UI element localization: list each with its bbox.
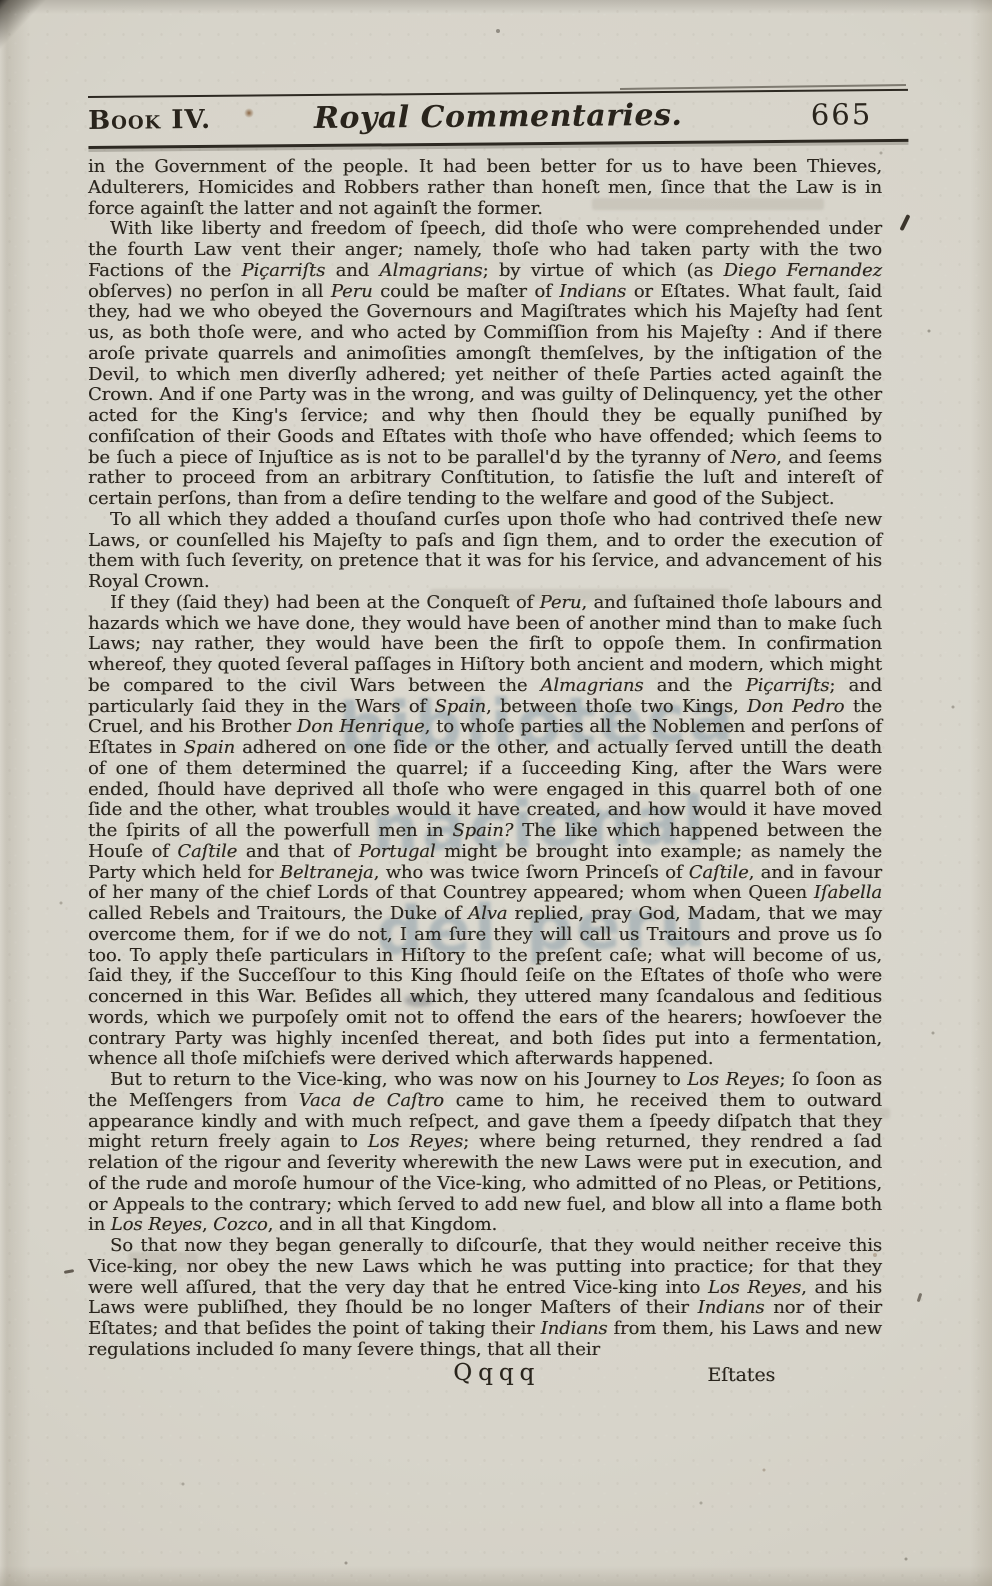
showthrough-artifact (592, 198, 824, 210)
paper-specks (0, 0, 2, 2)
text-segment: Los Reyes (687, 1069, 779, 1090)
page-corner-shadow (0, 0, 90, 90)
text-segment: and (325, 260, 379, 281)
text-segment: Caſtile (689, 862, 749, 883)
text-segment: Diego Fernandez (724, 260, 883, 281)
text-segment: Almagrians (380, 260, 483, 281)
paragraph: To all which they added a thouſand curſe… (88, 510, 882, 593)
text-segment: ; by virtue of which (as (483, 260, 724, 281)
page-footer: Qqqq Eſtates (88, 1361, 882, 1397)
text-segment: called Rebels and Traitours, the Duke of (88, 903, 468, 924)
text-segment: Spain? (452, 820, 513, 841)
text-segment: could be maſter of (373, 281, 560, 302)
margin-dash-artifact (64, 1269, 74, 1274)
text-segment: Spain (184, 737, 235, 758)
text-segment: Don Henrique (297, 716, 425, 737)
showthrough-artifact (820, 1108, 890, 1119)
catchword: Eſtates (707, 1365, 775, 1386)
book-label: Book IV. (88, 105, 211, 136)
text-segment: Vaca de Caſtro (299, 1090, 444, 1111)
text-segment: , who was twice ſworn Princeſs of (374, 862, 689, 883)
text-segment: Caſtile (177, 841, 237, 862)
text-segment: Los Reyes (708, 1277, 801, 1298)
text-segment: Indians (541, 1318, 608, 1339)
ink-stroke-artifact (899, 214, 910, 231)
text-segment: Portugal (359, 841, 436, 862)
showthrough-artifact (430, 589, 730, 601)
text-segment: Indians (698, 1297, 765, 1318)
text-segment: , between thoſe two Kings, (486, 696, 747, 717)
text-segment: replied, pray God, Madam, that we may ov… (88, 903, 882, 1069)
paragraph: If they (ſaid they) had been at the Conq… (88, 593, 882, 1070)
text-segment: Peru (331, 281, 373, 302)
text-segment: Los Reyes (111, 1214, 202, 1235)
text-segment: Alva (468, 903, 507, 924)
text-segment: Don Pedro (747, 696, 844, 717)
text-segment: To all which they added a thouſand curſe… (88, 509, 882, 592)
page-edge-top (0, 0, 992, 14)
page-header: Book IV. Royal Commentaries. 665 (88, 89, 908, 96)
text-segment: , (202, 1214, 213, 1235)
text-segment: , and in all that Kingdom. (268, 1214, 497, 1235)
page-number: 665 (811, 97, 873, 132)
page-edge-right (970, 0, 992, 1586)
text-segment: Spain (435, 696, 486, 717)
text-segment: Cozco (213, 1214, 268, 1235)
paragraph: With like liberty and freedom of ſpeech,… (88, 219, 882, 510)
page-edge-bottom (0, 1566, 992, 1586)
text-segment: Almagrians (541, 675, 644, 696)
text-segment: or Eſtates. What fault, ſaid they, had w… (88, 281, 882, 468)
text-segment: Piçarriſts (746, 675, 830, 696)
page-body: in the Government of the people. It had … (88, 157, 882, 1397)
scanned-book-page: biblioteca nacional del peru Book IV. Ro… (0, 0, 992, 1586)
text-segment: Iſabella (814, 882, 882, 903)
text-segment: obſerves) no perſon in all (88, 281, 331, 302)
showthrough-artifact (128, 1252, 198, 1268)
running-head: Book IV. Royal Commentaries. 665 (88, 95, 908, 142)
text-segment: But to return to the Vice-king, who was … (110, 1069, 687, 1090)
text-segment: and the (644, 675, 746, 696)
page-edge-left (0, 0, 30, 1586)
text-segment: Piçarriſts (242, 260, 326, 281)
paragraph: So that now they began generally to diſc… (88, 1236, 882, 1361)
text-segment: Los Reyes (368, 1131, 463, 1152)
text-segment: Beltraneja (280, 862, 374, 883)
text-segment: Nero (731, 447, 776, 468)
paragraph: But to return to the Vice-king, who was … (88, 1070, 882, 1236)
signature-mark: Qqqq (453, 1363, 540, 1384)
text-segment: Indians (559, 281, 626, 302)
running-title: Royal Commentaries. (314, 98, 683, 136)
text-segment: and that of (237, 841, 358, 862)
margin-tick-artifact (917, 1293, 923, 1302)
